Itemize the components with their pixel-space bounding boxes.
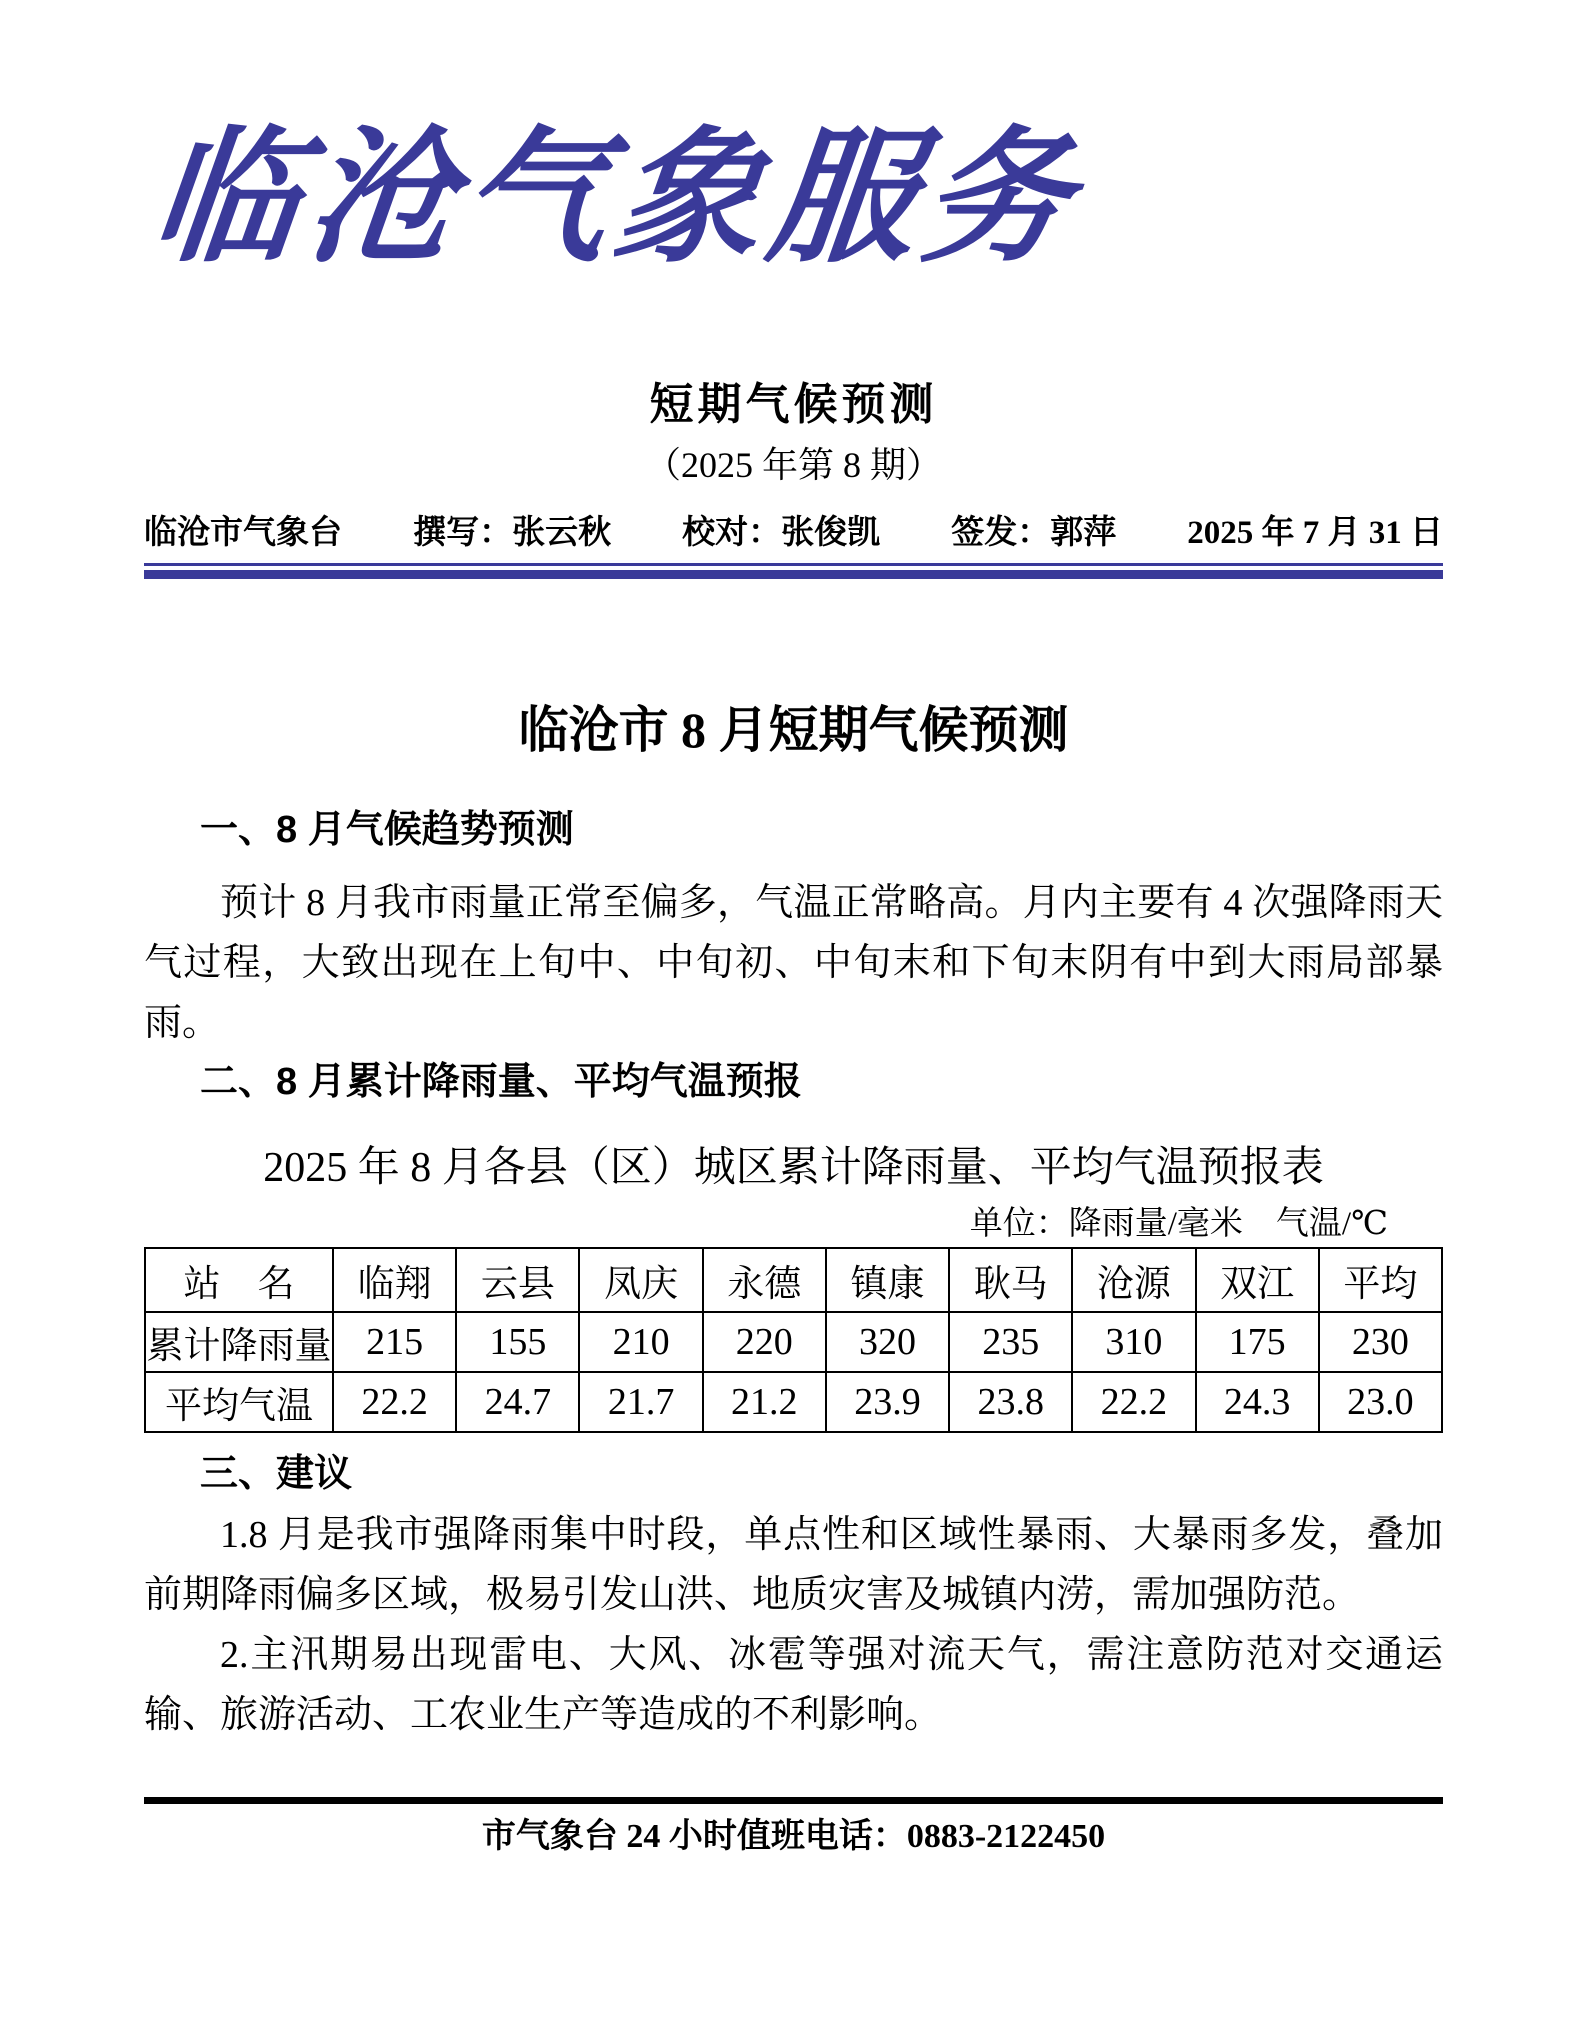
section-2-heading: 二、8 月累计降雨量、平均气温预报 (144, 1061, 1443, 1103)
meta-proofreader: 校对：张俊凯 (682, 513, 880, 553)
temperature-value-cell: 22.2 (1072, 1372, 1195, 1432)
footer-hotline: 市气象台 24 小时值班电话：0883-2122450 (144, 1817, 1443, 1857)
station-name-header: 站 名 (145, 1248, 333, 1312)
rainfall-row: 累计降雨量 215 155 210 220 320 235 310 175 23… (145, 1312, 1442, 1372)
masthead-calligraphy-title: 临沧气象服务 (128, 0, 1460, 312)
footer-rule (144, 1797, 1443, 1804)
temperature-value-cell: 21.2 (703, 1372, 826, 1432)
meta-signer: 签发：郭萍 (951, 513, 1116, 553)
main-title: 临沧市 8 月短期气候预测 (144, 703, 1443, 757)
rainfall-value-cell: 310 (1072, 1312, 1195, 1372)
section-3-heading: 三、建议 (144, 1453, 1443, 1495)
rainfall-value-cell: 175 (1196, 1312, 1319, 1372)
doc-type-title: 短期气候预测 (144, 382, 1443, 428)
temperature-value-cell: 24.7 (456, 1372, 579, 1432)
col-header-average: 平均 (1319, 1248, 1442, 1312)
rainfall-value-cell: 215 (333, 1312, 456, 1372)
section-1-heading: 一、8 月气候趋势预测 (144, 809, 1443, 851)
advice-paragraph-2: 2.主汛期易出现雷电、大风、冰雹等强对流天气，需注意防范对交通运输、旅游活动、工… (144, 1625, 1443, 1745)
temperature-value-cell: 21.7 (579, 1372, 702, 1432)
forecast-table: 站 名 临翔 云县 凤庆 永德 镇康 耿马 沧源 双江 平均 累计降雨量 215… (144, 1247, 1443, 1433)
temperature-value-cell: 23.0 (1319, 1372, 1442, 1432)
rainfall-value-cell: 235 (949, 1312, 1072, 1372)
rainfall-value-cell: 155 (456, 1312, 579, 1372)
bulletin-page: 临沧气象服务 短期气候预测 （2025 年第 8 期） 临沧市气象台 撰写：张云… (0, 0, 1587, 2037)
col-header-cangyuan: 沧源 (1072, 1248, 1195, 1312)
rainfall-value-cell: 230 (1319, 1312, 1442, 1372)
temperature-value-cell: 23.8 (949, 1372, 1072, 1432)
col-header-gengma: 耿马 (949, 1248, 1072, 1312)
col-header-yongde: 永德 (703, 1248, 826, 1312)
rainfall-row-label: 累计降雨量 (145, 1312, 333, 1372)
unit-note: 单位：降雨量/毫米 气温/℃ (144, 1206, 1443, 1242)
rainfall-value-cell: 220 (703, 1312, 826, 1372)
col-header-shuangjiang: 双江 (1196, 1248, 1319, 1312)
header-rule-thin (144, 563, 1443, 566)
table-header-row: 站 名 临翔 云县 凤庆 永德 镇康 耿马 沧源 双江 平均 (145, 1248, 1442, 1312)
rainfall-value-cell: 210 (579, 1312, 702, 1372)
temperature-row: 平均气温 22.2 24.7 21.7 21.2 23.9 23.8 22.2 … (145, 1372, 1442, 1432)
rainfall-value-cell: 320 (826, 1312, 949, 1372)
section-1-paragraph: 预计 8 月我市雨量正常至偏多，气温正常略高。月内主要有 4 次强降雨天气过程，… (144, 873, 1443, 1053)
meta-writer: 撰写：张云秋 (413, 513, 611, 553)
col-header-zhenkang: 镇康 (826, 1248, 949, 1312)
meta-date: 2025 年 7 月 31 日 (1187, 513, 1443, 553)
col-header-linxiang: 临翔 (333, 1248, 456, 1312)
temperature-row-label: 平均气温 (145, 1372, 333, 1432)
temperature-value-cell: 23.9 (826, 1372, 949, 1432)
header-rule-thick (144, 570, 1443, 579)
col-header-yunxian: 云县 (456, 1248, 579, 1312)
meta-bar: 临沧市气象台 撰写：张云秋 校对：张俊凯 签发：郭萍 2025 年 7 月 31… (144, 513, 1443, 553)
forecast-table-title: 2025 年 8 月各县（区）城区累计降雨量、平均气温预报表 (144, 1145, 1443, 1191)
temperature-value-cell: 24.3 (1196, 1372, 1319, 1432)
temperature-value-cell: 22.2 (333, 1372, 456, 1432)
advice-paragraph-1: 1.8 月是我市强降雨集中时段，单点性和区域性暴雨、大暴雨多发，叠加前期降雨偏多… (144, 1505, 1443, 1625)
col-header-fengqing: 凤庆 (579, 1248, 702, 1312)
meta-office: 临沧市气象台 (144, 513, 342, 553)
doc-issue-number: （2025 年第 8 期） (144, 445, 1443, 485)
